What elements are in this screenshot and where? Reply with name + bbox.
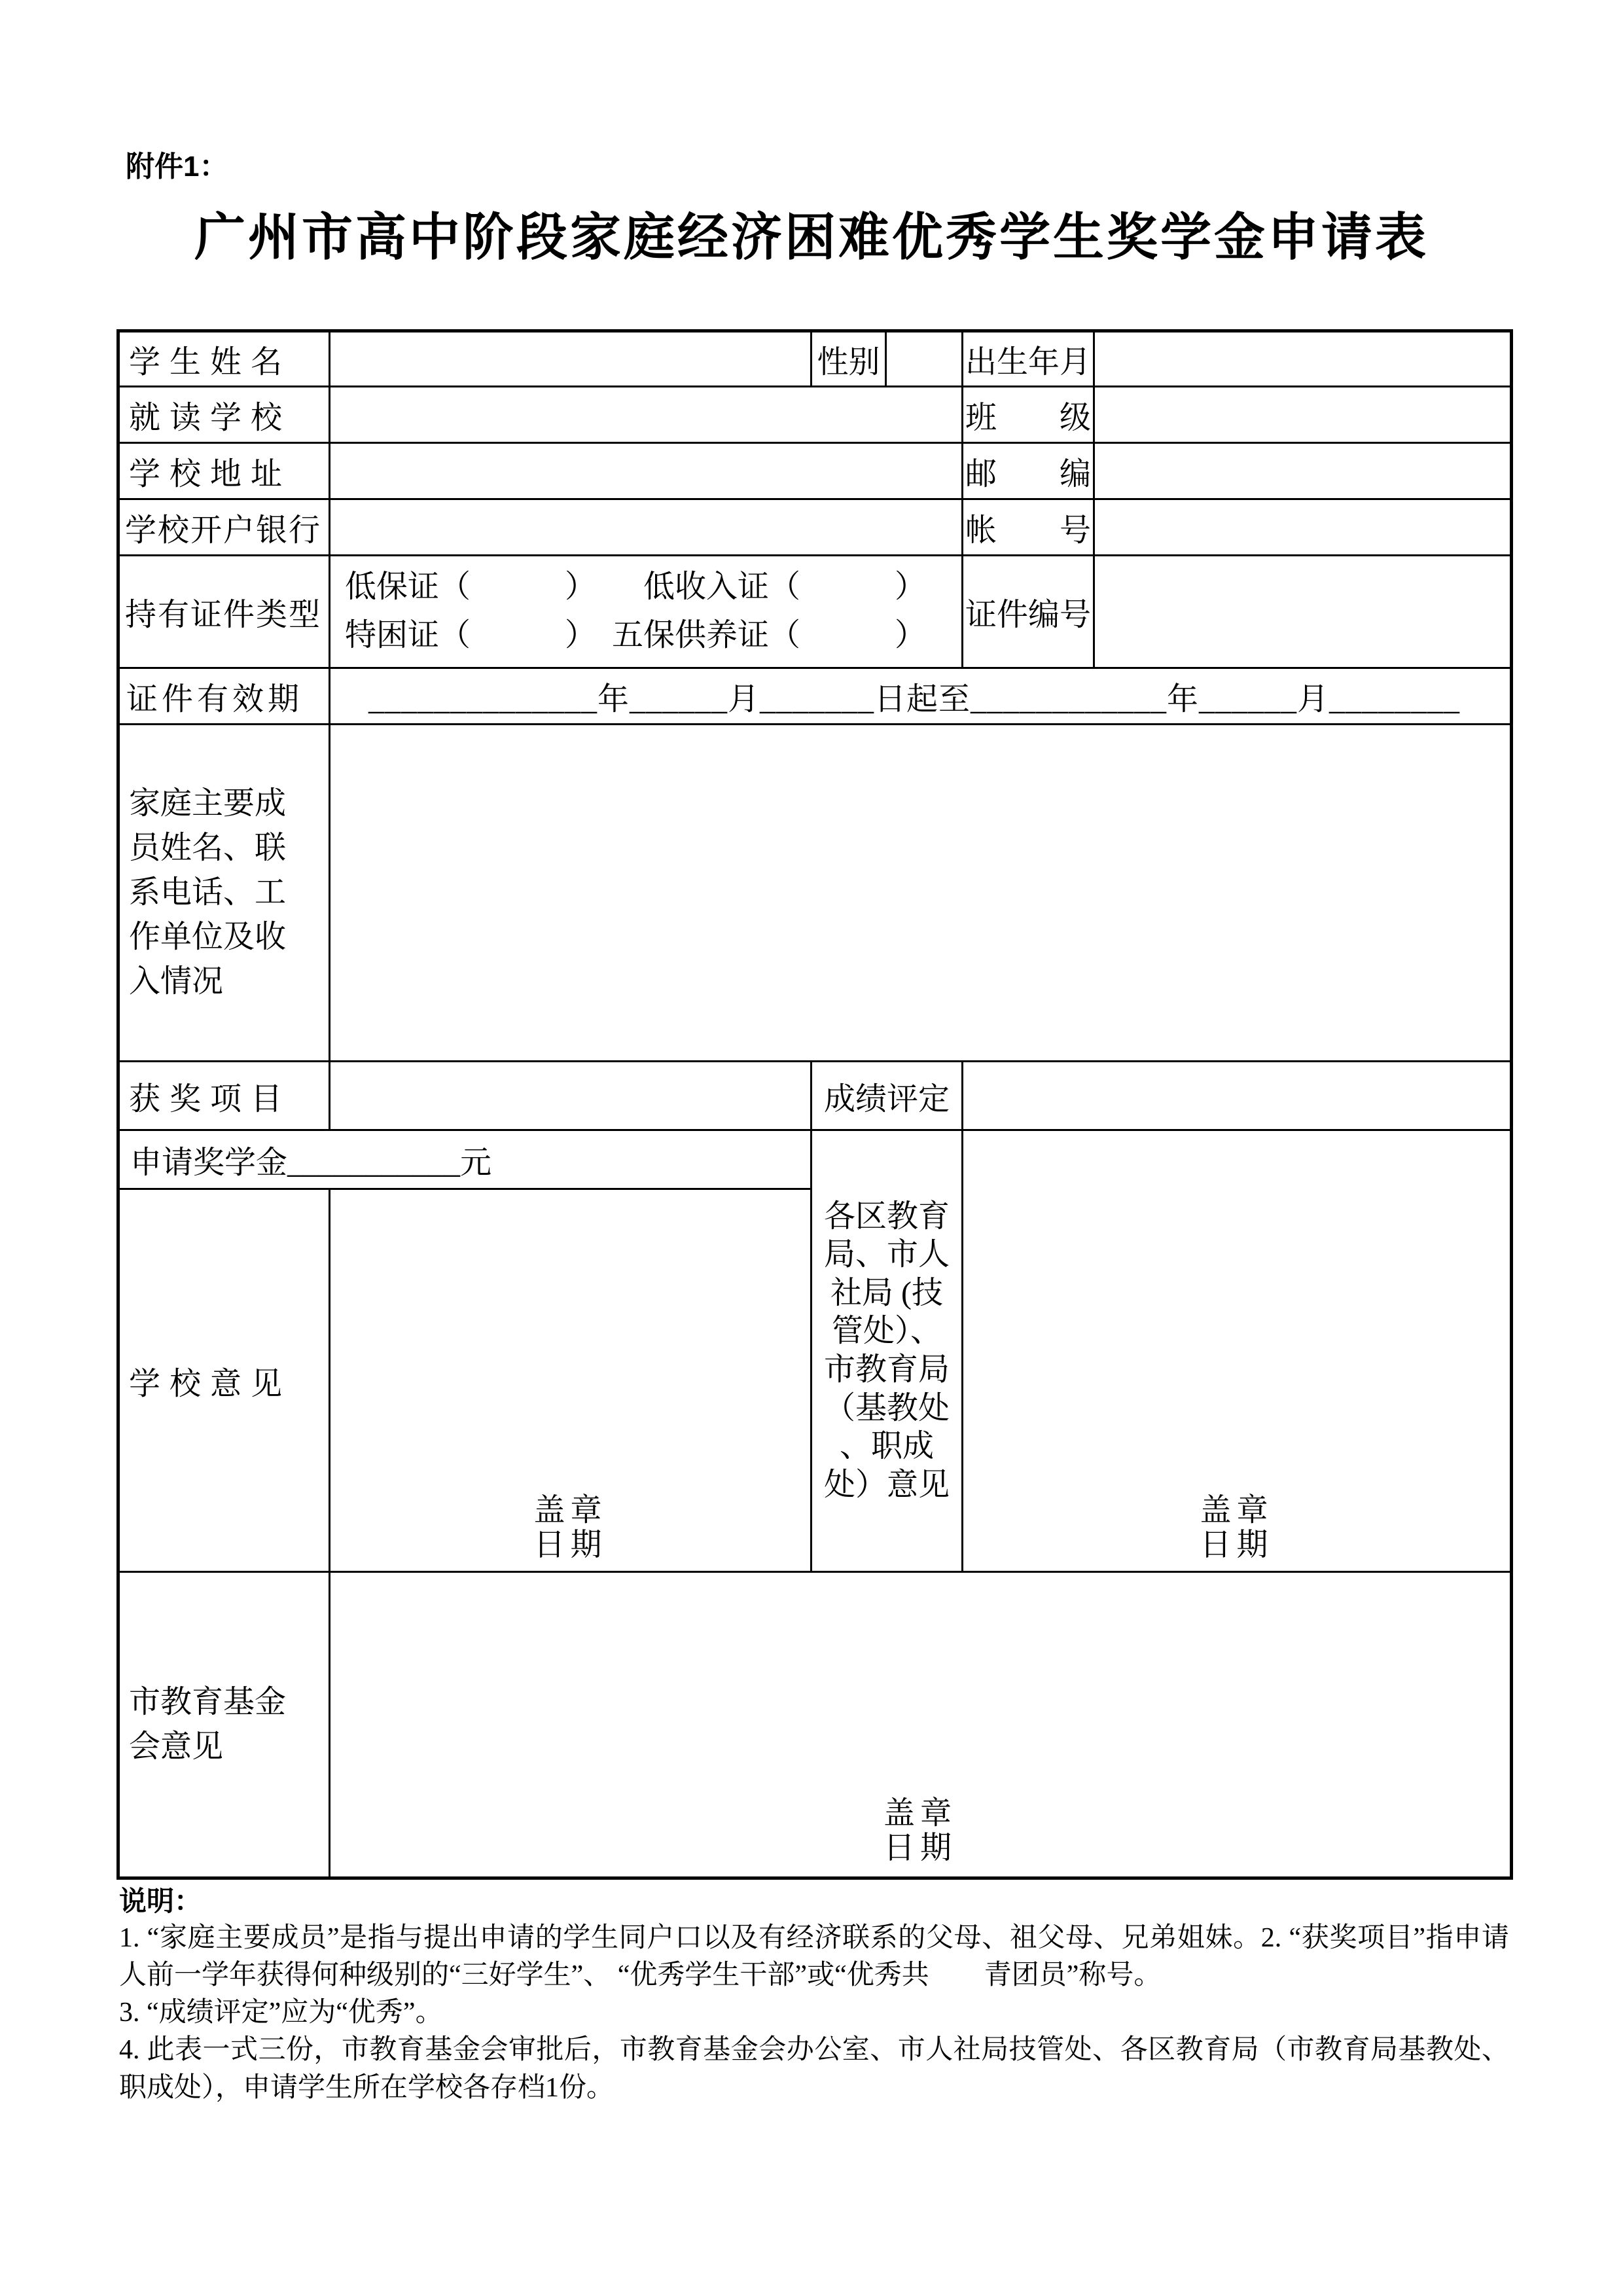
- validity-label-text: 证件有效期: [126, 673, 303, 719]
- certificate-no-label: 证件编号: [963, 556, 1095, 669]
- award-label-text: 获奖项目: [129, 1073, 291, 1119]
- school-label-text: 就读学校: [129, 392, 291, 437]
- bureau-opinion-field[interactable]: 盖章 日期: [963, 1131, 1510, 1573]
- birth-date-label-text: 出生年月: [965, 336, 1091, 382]
- grade-label: 成绩评定: [812, 1062, 963, 1131]
- family-members-label-text: 家庭主要成 员姓名、联 系电话、工 作单位及收 入情况: [129, 781, 286, 1005]
- foundation-opinion-field[interactable]: 盖章 日期: [330, 1573, 1510, 1876]
- gender-field[interactable]: [887, 332, 963, 387]
- note-item-3: 4. 此表一式三份，市教育基金会审批后，市教育基金会办公室、市人社局技管处、各区…: [119, 2032, 1509, 2106]
- scholarship-amount-line[interactable]: 申请奖学金___________元: [120, 1131, 812, 1190]
- award-label: 获奖项目: [120, 1062, 330, 1131]
- certificate-type-label-text: 持有证件类型: [125, 589, 321, 634]
- school-opinion-label-text: 学校意见: [129, 1358, 291, 1403]
- school-bank-label-text: 学校开户银行: [125, 505, 321, 550]
- school-label: 就读学校: [120, 387, 330, 444]
- grade-label-text: 成绩评定: [824, 1073, 950, 1119]
- birth-date-label: 出生年月: [963, 332, 1095, 387]
- note-item-2: 3. “成绩评定”应为“优秀”。: [119, 1994, 1509, 2032]
- postal-code-label: 邮 编: [963, 444, 1095, 500]
- school-bank-field[interactable]: [330, 500, 963, 556]
- class-label-text: 班 级: [965, 392, 1091, 437]
- account-no-label-text: 帐 号: [965, 505, 1091, 550]
- school-address-label: 学校地址: [120, 444, 330, 500]
- foundation-opinion-label: 市教育基金 会意见: [120, 1573, 330, 1876]
- school-date-label: 日期: [533, 1528, 607, 1563]
- school-bank-label: 学校开户银行: [120, 500, 330, 556]
- school-address-label-text: 学校地址: [129, 448, 291, 493]
- account-no-label: 帐 号: [963, 500, 1095, 556]
- notes-heading: 说明：: [119, 1882, 1509, 1920]
- application-form-table: 学生姓名 性别 出生年月 就读学校 班 级 学校地址 邮 编 学校开户银行 帐 …: [116, 329, 1513, 1880]
- school-opinion-label: 学校意见: [120, 1190, 330, 1573]
- birth-date-field[interactable]: [1095, 332, 1510, 387]
- certificate-option-line2: 特困证（ ） 五保供养证（ ）: [345, 619, 926, 653]
- family-members-field[interactable]: [330, 725, 1510, 1062]
- award-field[interactable]: [330, 1062, 812, 1131]
- bureau-opinion-label-text: 各区教育 局、市人 社局 (技 管处）、 市教育局 （基教处 、职成 处）意见: [824, 1198, 950, 1504]
- family-members-label: 家庭主要成 员姓名、联 系电话、工 作单位及收 入情况: [120, 725, 330, 1062]
- school-opinion-field[interactable]: 盖章 日期: [330, 1190, 812, 1573]
- school-stamp-label: 盖章: [533, 1493, 607, 1528]
- bureau-date-label: 日期: [1200, 1528, 1273, 1563]
- bureau-stamp-label: 盖章: [1200, 1493, 1273, 1528]
- foundation-date-label: 日期: [883, 1831, 957, 1866]
- validity-field[interactable]: ______________年______月_______日起至________…: [330, 669, 1510, 725]
- grade-field[interactable]: [963, 1062, 1510, 1131]
- foundation-opinion-label-text: 市教育基金 会意见: [129, 1680, 286, 1769]
- gender-label-text: 性别: [817, 336, 880, 382]
- certificate-type-label: 持有证件类型: [120, 556, 330, 669]
- student-name-label: 学生姓名: [120, 332, 330, 387]
- school-field[interactable]: [330, 387, 963, 444]
- class-label: 班 级: [963, 387, 1095, 444]
- page-title: 广州市高中阶段家庭经济困难优秀学生奖学金申请表: [0, 196, 1623, 270]
- certificate-no-label-text: 证件编号: [965, 589, 1091, 634]
- attachment-label: 附件1：: [126, 143, 228, 185]
- certificate-type-options[interactable]: 低保证（ ） 低收入证（ ） 特困证（ ） 五保供养证（ ）: [330, 556, 963, 669]
- validity-label: 证件有效期: [120, 669, 330, 725]
- foundation-stamp-label: 盖章: [883, 1796, 957, 1831]
- student-name-label-text: 学生姓名: [129, 336, 291, 382]
- validity-field-text: ______________年______月_______日起至________…: [368, 673, 1460, 719]
- postal-code-field[interactable]: [1095, 444, 1510, 500]
- postal-code-label-text: 邮 编: [965, 448, 1091, 493]
- school-address-field[interactable]: [330, 444, 963, 500]
- scholarship-amount-text: 申请奖学金___________元: [130, 1137, 491, 1182]
- student-name-field[interactable]: [330, 332, 812, 387]
- certificate-no-field[interactable]: [1095, 556, 1510, 669]
- account-no-field[interactable]: [1095, 500, 1510, 556]
- certificate-option-line1: 低保证（ ） 低收入证（ ）: [345, 570, 926, 605]
- gender-label: 性别: [812, 332, 887, 387]
- bureau-opinion-label: 各区教育 局、市人 社局 (技 管处）、 市教育局 （基教处 、职成 处）意见: [812, 1131, 963, 1573]
- class-field[interactable]: [1095, 387, 1510, 444]
- notes-section: 说明： 1. “家庭主要成员”是指与提出申请的学生同户口以及有经济联系的父母、祖…: [119, 1882, 1509, 2107]
- note-item-1: 1. “家庭主要成员”是指与提出申请的学生同户口以及有经济联系的父母、祖父母、兄…: [119, 1920, 1509, 1994]
